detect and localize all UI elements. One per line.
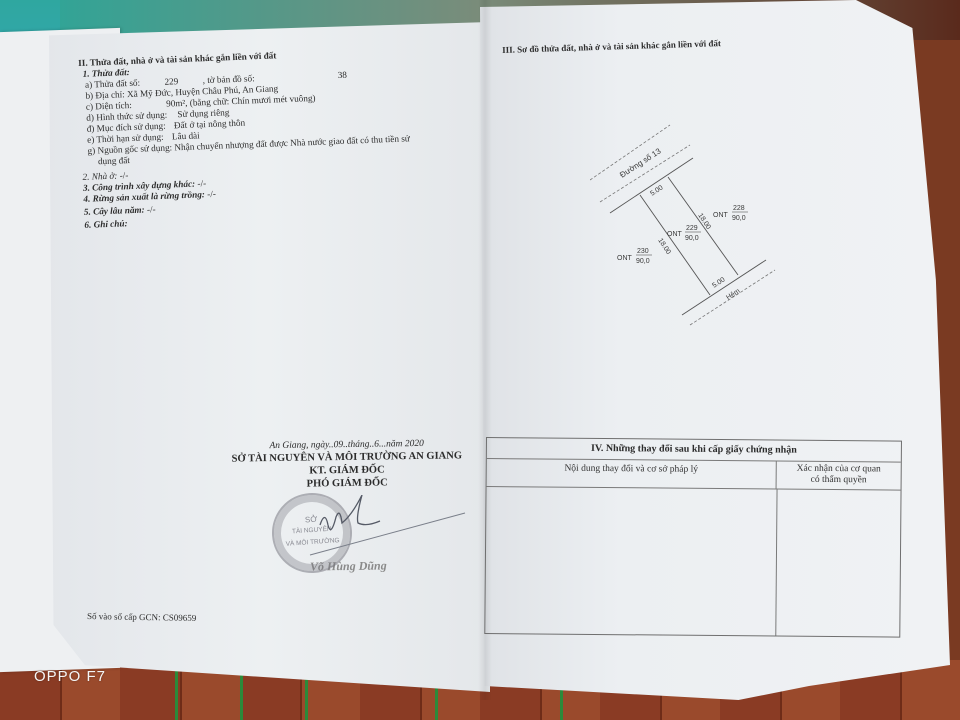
authority-header-line2: có thẩm quyền [777,475,901,487]
house-label: 2. Nhà ở: [82,171,117,182]
changes-table-header: Nội dung thay đổi và cơ sở pháp lý Xác n… [487,459,901,491]
mat-stripe [240,670,243,720]
registry-label: Số vào sổ cấp GCN: [87,611,161,622]
parcel-228-number: 228 [733,205,745,212]
house-value: -/- [119,170,128,180]
change-content-cell [485,487,777,636]
parcel-230-area: 90,0 [636,258,650,265]
perennial-label: 5. Cây lâu năm: [84,205,145,217]
changes-table-body [485,487,900,637]
issue-date: An Giang, ngày..09..tháng..6...năm 2020 [224,438,469,451]
notes-label: 6. Ghi chú: [84,218,127,230]
road-top-label: Đường số 13 [618,146,663,179]
width-top-label: 5.00 [649,184,664,197]
term-value: Lâu dài [166,130,200,141]
changes-table: IV. Những thay đổi sau khi cấp giấy chứn… [484,437,902,638]
parcel-229-number: 229 [686,225,698,232]
construction-value: -/- [197,178,206,188]
signer-role-1: KT. GIÁM ĐỐC [224,463,469,477]
authority-confirmation-cell [776,490,900,637]
parcel-diagram: Đường số 13 5.00 5.00 Hẻm 18.00 18.00 ON… [590,110,790,330]
land-info-section: II. Thửa đất, nhà ở và tài sản khác gắn … [78,45,413,230]
parcel-229-type: ONT [667,231,683,238]
parcel-228-area: 90,0 [732,215,746,222]
address-label: b) Địa chỉ: [85,89,125,101]
column-header-authority-confirmation: Xác nhận của cơ quan có thẩm quyền [777,462,901,490]
forest-value: -/- [207,189,216,199]
parcel-229-area: 90,0 [685,235,699,242]
column-header-change-content: Nội dung thay đổi và cơ sở pháp lý [487,459,777,489]
camera-watermark: OPPO F7 [34,668,106,685]
perennial-value: -/- [147,204,156,214]
parcel-230-number: 230 [637,248,649,255]
registry-number: CS09659 [163,612,197,623]
road-bottom-label: Hẻm [725,288,741,302]
issuing-organization: SỞ TÀI NGUYÊN VÀ MÔI TRƯỜNG AN GIANG [224,450,469,464]
parcel-228-type: ONT [713,212,729,219]
mat-stripe [175,670,178,720]
registry-line: Số vào sổ cấp GCN: CS09659 [87,611,196,623]
parcel-230-type: ONT [617,255,633,262]
map-sheet-label: , tờ bản đồ số: [202,73,254,85]
handwritten-signature [300,495,470,565]
length-left-label: 18.00 [656,237,671,256]
signer-role-2: PHÓ GIÁM ĐỐC [225,476,470,490]
